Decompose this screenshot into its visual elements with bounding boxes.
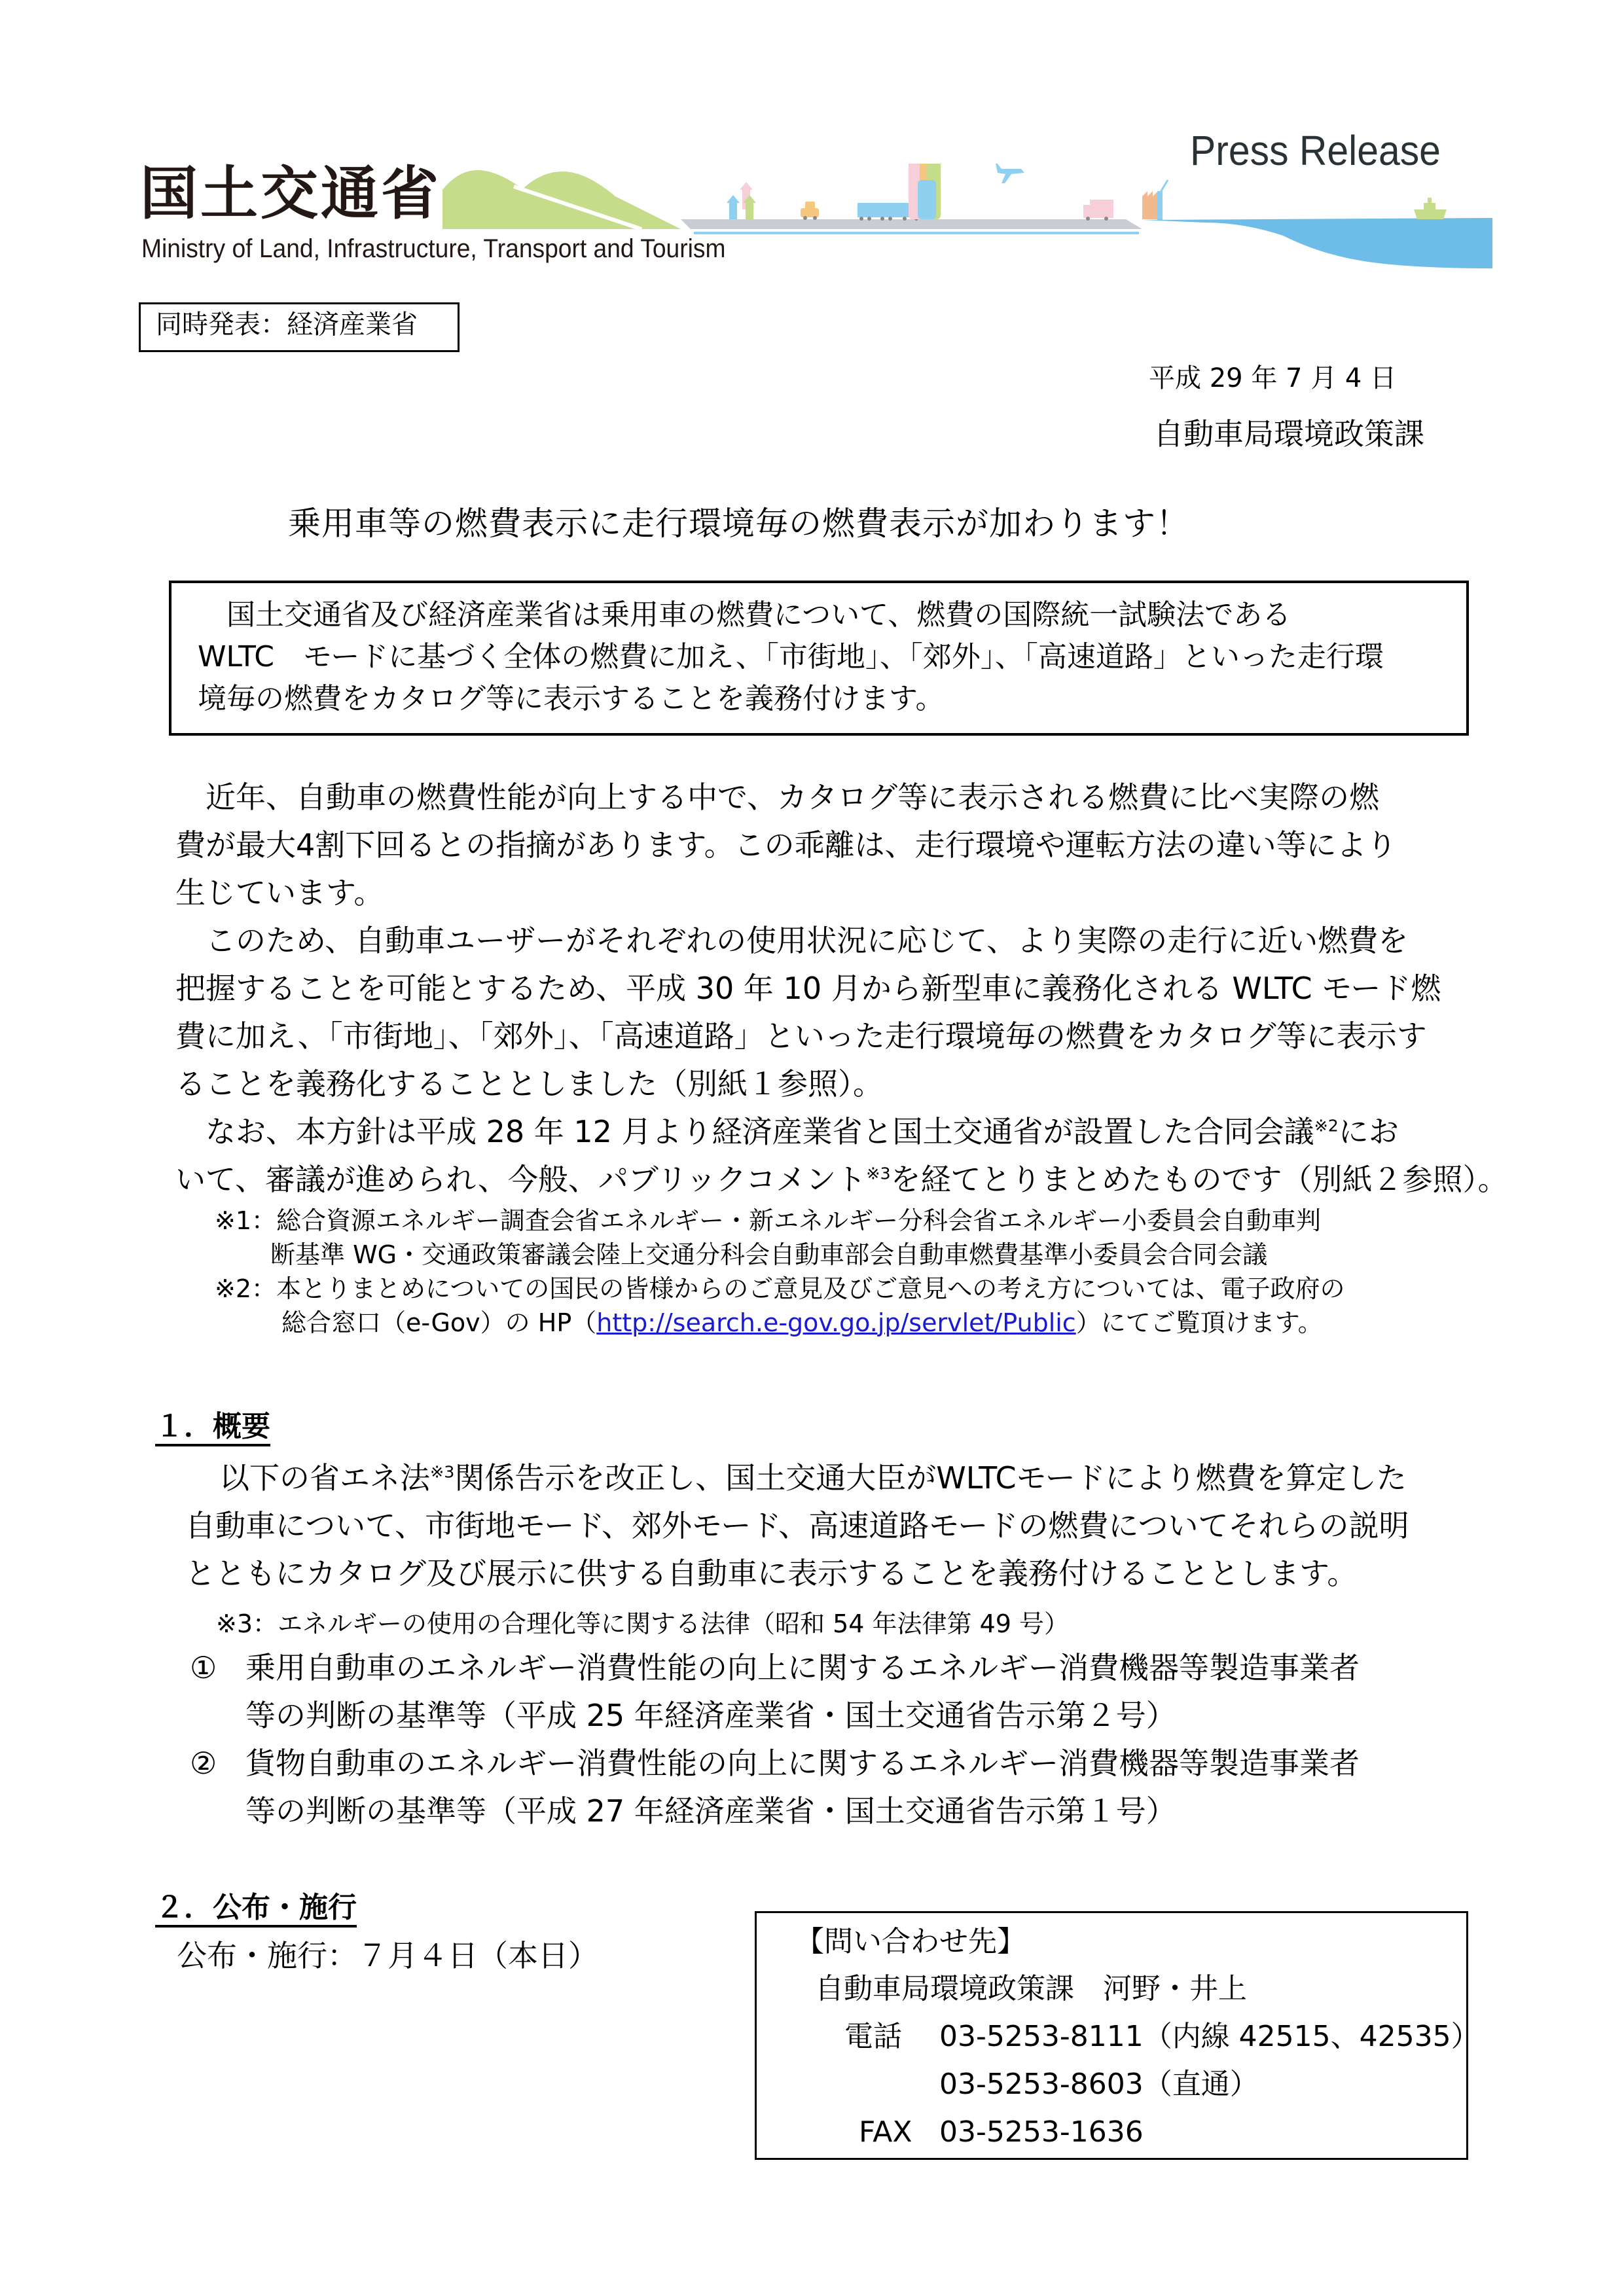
overview-text: 関係告示を改正し、国土交通大臣がWLTCモードにより燃費を算定した [454,1460,1406,1496]
summary-line: WLTC モードに基づく全体の燃費に加え、「市街地」、「郊外」、「高速道路」とい… [198,643,1384,672]
list-item-line: 等の判断の基準等（平成 25 年経済産業省・国土交通省告示第２号） [245,1700,1176,1731]
body-paragraph-line: 把握することを可能とするため、平成 30 年 10 月から新型車に義務化される … [175,973,1441,1003]
houses-icon [727,182,756,219]
body-paragraph-line: このため、自動車ユーザーがそれぞれの使用状況に応じて、より実際の走行に近い燃費を [175,925,1408,956]
footnote-ref: ※3 [866,1164,890,1183]
body-paragraph-line: ることを義務化することとしました（別紙１参照）。 [175,1069,883,1099]
contact-department: 自動車局環境政策課 河野・井上 [815,1975,1247,2003]
car-icon [801,202,819,220]
footnote-text: ）にてご覧頂けます。 [1076,1308,1323,1337]
body-text: にお [1339,1114,1399,1149]
footnote-1: ※1：総合資源エネルギー調査会省エネルギー・新エネルギー分科会省エネルギー小委員… [215,1208,1321,1233]
body-paragraph-line: 費に加え、「市街地」、「郊外」、「高速道路」といった走行環境毎の燃費をカタログ等… [175,1021,1427,1051]
footnote-3: ※3：エネルギーの使用の合理化等に関する法律（昭和 54 年法律第 49 号） [216,1611,1069,1636]
body-paragraph-line: 費が最大4割下回るとの指摘があります。この乖離は、走行環境や運転方法の違い等によ… [175,830,1397,860]
overview-line: とともにカタログ及び展示に供する自動車に表示することを義務付けることとします。 [185,1558,1357,1588]
joint-release-text: 同時発表：経済産業省 [156,312,418,338]
footnote-2-continued: 総合窓口（e-Gov）の HP（http://search.e-gov.go.j… [281,1310,1323,1335]
overview-line: 自動車について、市街地モード、郊外モード、高速道路モードの燃費についてそれらの説… [185,1511,1409,1541]
footnote-text: 総合窓口（e-Gov）の HP（ [281,1308,596,1337]
body-text: いて、審議が進められ、今般、パブリックコメント [175,1162,866,1197]
list-item-marker: ② [190,1748,217,1778]
release-date: 平成 29 年 7 月 4 日 [1149,365,1396,391]
header-illustration [432,164,1492,268]
issuing-department: 自動車局環境政策課 [1153,419,1424,449]
summary-line: 境毎の燃費をカタログ等に表示することを義務付けます。 [198,685,944,713]
overview-text: 以下の省エネ法 [219,1460,430,1496]
list-item-line: 乗用自動車のエネルギー消費性能の向上に関するエネルギー消費機器等製造事業者 [245,1653,1360,1683]
page-title: 乗用車等の燃費表示に走行環境毎の燃費表示が加わります！ [288,507,1189,540]
footnote-2: ※2：本とりまとめについての国民の皆様からのご意見及びご意見への考え方については… [215,1276,1345,1301]
body-paragraph-line: いて、審議が進められ、今般、パブリックコメント※3を経てとりまとめたものです（別… [175,1164,1508,1194]
list-item-line: 等の判断の基準等（平成 27 年経済産業省・国土交通省告示第１号） [245,1796,1176,1826]
section-heading-overview: １．概要 [155,1412,270,1446]
airplane-icon [995,164,1024,183]
footnote-ref: ※3 [430,1463,454,1482]
body-text: を経てとりまとめたものです（別紙２参照）。 [891,1162,1508,1197]
contact-tel-main: 03-5253-8111（内線 42515、42535） [939,2022,1480,2051]
body-paragraph-line: なお、本方針は平成 28 年 12 月より経済産業省と国土交通省が設置した合同会… [175,1117,1399,1147]
egov-public-comment-link[interactable]: http://search.e-gov.go.jp/servlet/Public [596,1308,1075,1337]
buildings-icon [909,164,941,219]
body-text: なお、本方針は平成 28 年 12 月より経済産業省と国土交通省が設置した合同会… [175,1114,1314,1149]
truck-icon [1083,200,1113,221]
contact-title: 【問い合わせ先】 [795,1928,1026,1956]
list-item-marker: ① [190,1653,217,1683]
footnote-ref: ※2 [1314,1117,1339,1136]
contact-fax-number: 03-5253-1636 [939,2118,1144,2147]
ship-icon [1414,198,1447,219]
body-paragraph-line: 生じています。 [175,878,384,908]
hills-icon [442,170,681,229]
summary-line: 国土交通省及び経済産業省は乗用車の燃費について、燃費の国際統一試験法である [198,601,1291,630]
ministry-logo-japanese: 国土交通省 [140,165,441,223]
sea-icon [1142,218,1492,268]
contact-fax-label: FAX [859,2118,912,2147]
promulgation-date: 公布・施行：７月４日（本日） [177,1941,598,1971]
body-paragraph-line: 近年、自動車の燃費性能が向上する中で、カタログ等に表示される燃費に比べ実際の燃 [175,782,1379,812]
section-heading-promulgation: ２．公布・施行 [155,1893,357,1928]
overview-line: 以下の省エネ法※3関係告示を改正し、国土交通大臣がWLTCモードにより燃費を算定… [219,1463,1407,1493]
footnote-1-continued: 断基準 WG・交通政策審議会陸上交通分科会自動車部会自動車燃費基準小委員会合同会… [270,1242,1267,1267]
contact-tel-label: 電話 [844,2022,902,2051]
list-item-line: 貨物自動車のエネルギー消費性能の向上に関するエネルギー消費機器等製造事業者 [245,1748,1360,1778]
factory-icon [1142,180,1168,221]
contact-tel-direct: 03-5253-8603（直通） [939,2070,1259,2099]
